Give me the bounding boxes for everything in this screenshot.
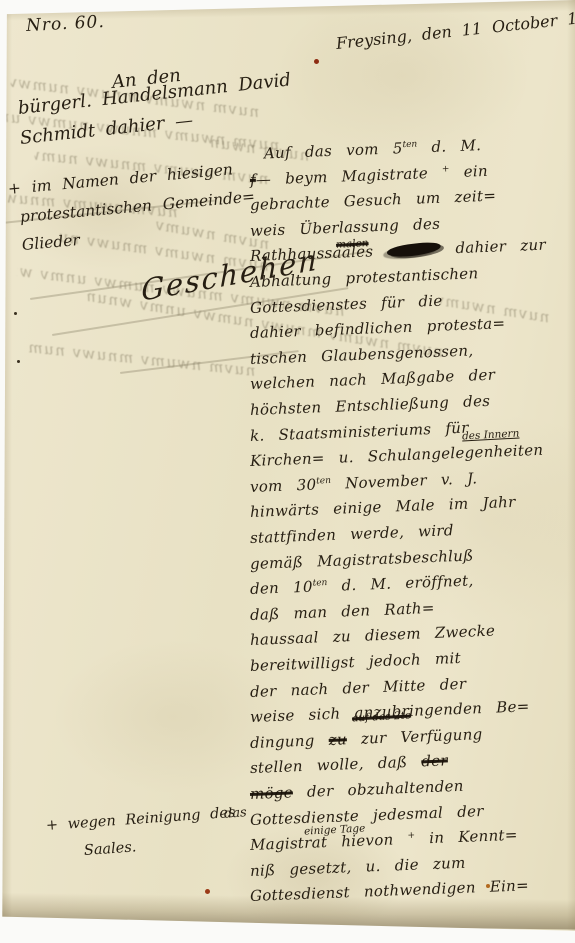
body-line: Gottesdienste jedesmal der (250, 799, 572, 829)
body-line: Rathhaussaales dahier zur (250, 235, 572, 265)
paper-sheet: nuvm nwumv mnuwv numwv unmv wnum muvn wn… (0, 0, 575, 943)
document-number: Nro. 60. (26, 12, 106, 36)
body-text: höchsten Entschließung des (250, 392, 491, 419)
body-line: welchen nach Maßgabe der (250, 363, 572, 393)
footnote-line-2: Saales. (83, 839, 136, 859)
body-text: bereitwilligst jedoch mit (250, 649, 462, 675)
body-text: den 10 (250, 578, 313, 598)
body-text: Kirchen= u. Schulangelegenheiten (250, 441, 544, 470)
body-text: weis Überlassung des (250, 215, 441, 240)
body-line: möge der obzuhaltenden (250, 773, 572, 803)
body-line: gebrachte Gesuch um zeit= (250, 184, 572, 214)
body-line: der nach der Mitte der (250, 671, 572, 701)
body-text: November v. J. (331, 469, 478, 493)
body-text: niß gesetzt, u. die zum (250, 854, 466, 880)
interline-insert: auf das 2te (352, 709, 412, 724)
body-text: in Kennt= (415, 826, 518, 848)
body-line: weis Überlassung des (250, 210, 572, 240)
body-line: Gottesdienst nothwendigen Ein= (250, 875, 572, 905)
body-line: stellen wolle, daß der (250, 747, 572, 777)
body-text: daß man den Rath= (250, 599, 435, 624)
body-text: tischen Glaubensgenossen, (250, 341, 474, 368)
body-text: gemäß Magistratsbeschluß (250, 546, 474, 573)
body-line: gemäß Magistratsbeschluß (250, 543, 572, 573)
body-text: der obzuhaltenden (293, 777, 464, 802)
body-text: ein (449, 162, 488, 181)
body-line: dingung zu zur Verfügung (250, 722, 572, 752)
body-line: den 10ten d. M. eröffnet, (250, 568, 572, 598)
dateline: Freysing, den 11 October 1849. (335, 5, 575, 53)
paper-fleck (205, 889, 210, 894)
body-line: Auf das vom 5ten d. M. (250, 132, 575, 163)
body-line: bereitwilligst jedoch mit (250, 645, 572, 675)
body-text: dahier zur (441, 236, 546, 258)
body-text: vom 30 (250, 475, 317, 496)
body-line: daß man den Rath= (250, 594, 572, 624)
body-text: hinwärts einige Male im Jahr (250, 493, 516, 521)
body-text: dingung (250, 731, 329, 752)
paper-edge-left (0, 0, 12, 943)
body-line: stattfinden werde, wird (250, 517, 572, 547)
body-line: hinwärts einige Male im Jahr (250, 491, 572, 521)
struck-word: möge (250, 783, 294, 803)
body-text: d. M. eröffnet, (327, 571, 474, 595)
body-line: Magistrat hievon + in Kennt= (250, 824, 572, 854)
body-text: stattfinden werde, wird (250, 521, 454, 547)
body-text: haussaal zu diesem Zwecke (250, 622, 496, 649)
body-text: welchen nach Maßgabe der (250, 366, 496, 393)
body-text: Gottesdienste jedesmal der (250, 802, 484, 829)
interline-insert: des Innern (462, 428, 520, 443)
paper-fleck (14, 312, 17, 315)
body-text: ten (316, 476, 331, 487)
body-text: zur Verfügung (347, 725, 483, 748)
body-text: gebrachte Gesuch um zeit= (250, 187, 497, 214)
paper-fleck (17, 360, 20, 363)
struck-word: zu (328, 730, 347, 749)
body-line: Kirchen= u. Schulangelegenheiten (250, 440, 572, 470)
body-text: stellen wolle, daß (250, 752, 422, 777)
sender-note-line-3: Glieder (21, 231, 80, 254)
body-text: ten (312, 578, 327, 589)
body-text: Gottesdienst nothwendigen Ein= (250, 876, 530, 905)
ink-blot (387, 241, 442, 259)
paper-fleck (314, 59, 319, 64)
body-line: k. Staatsministeriums für (250, 415, 572, 445)
interline-insert: malen (336, 237, 369, 251)
footnote-line-1: + wegen Reinigung des (45, 805, 235, 834)
body-line: höchsten Entschließung des (250, 389, 572, 419)
body-text: der nach der Mitte der (250, 675, 467, 701)
body-line: niß gesetzt, u. die zum (250, 850, 572, 880)
body-line: haussaal zu diesem Zwecke (250, 619, 572, 649)
struck-word: der (421, 751, 448, 770)
body-line: vom 30ten November v. J. (250, 466, 572, 496)
body-text: d. M. (417, 136, 481, 156)
body-text: — beym Magistrate (256, 164, 443, 189)
body-text: k. Staatsministeriums für (250, 419, 469, 445)
manuscript-scan: nuvm nwumv mnuwv numwv unmv wnum muvn wn… (0, 0, 575, 943)
body-text: ten (402, 140, 417, 151)
